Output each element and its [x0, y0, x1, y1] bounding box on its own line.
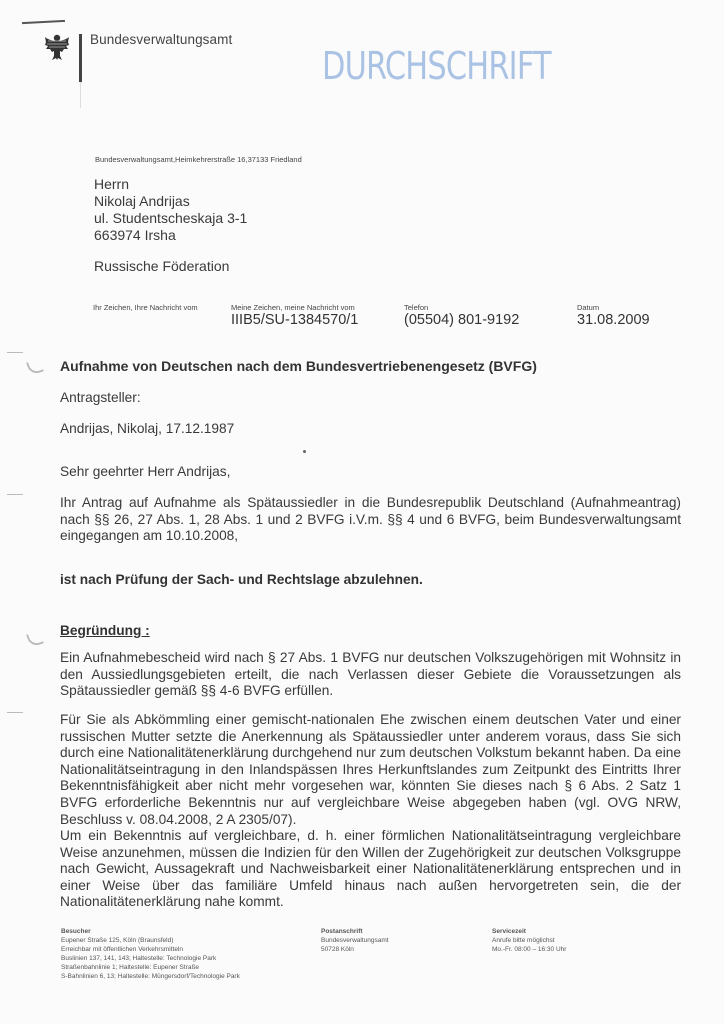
punch-mark [26, 358, 44, 376]
footer-line: Buslinien 137, 141, 143; Haltestelle: Te… [61, 954, 240, 963]
reasoning-paragraph: Um ein Bekenntnis auf vergleichbare, d. … [60, 828, 681, 911]
greeting: Sehr geehrter Herr Andrijas, [60, 464, 230, 479]
footer-visitors: Besucher Eupener Straße 125, Köln (Braun… [61, 927, 240, 981]
recipient-city: 663974 Irsha [94, 227, 247, 244]
reasoning-paragraph: Für Sie als Abkömmling einer gemischt-na… [60, 712, 681, 828]
sender-return-address: Bundesverwaltungsamt,Heimkehrerstraße 16… [95, 155, 302, 164]
date-value: 31.08.2009 [577, 312, 650, 328]
footer-line: Eupener Straße 125, Köln (Braunsfeld) [61, 936, 240, 945]
reasoning-heading: Begründung : [60, 623, 150, 638]
date-label: Datum [577, 303, 599, 312]
footer-postal: Postanschrift Bundesverwaltungsamt 50728… [321, 927, 389, 954]
phone-label: Telefon [404, 303, 428, 312]
phone-value: (05504) 801-9192 [404, 312, 519, 328]
footer-postal-heading: Postanschrift [321, 927, 389, 936]
decision-statement: ist nach Prüfung der Sach- und Rechtslag… [60, 572, 423, 587]
fold-mark [7, 712, 23, 713]
logo-divider [79, 34, 82, 82]
applicant-label: Antragsteller: [60, 390, 141, 405]
recipient-salutation: Herrn [94, 176, 247, 193]
letter-subject: Aufnahme von Deutschen nach dem Bundesve… [60, 358, 537, 374]
fold-mark [7, 494, 23, 495]
footer-line: Mo.-Fr. 08:00 – 16:30 Uhr [492, 945, 566, 954]
my-reference-value: IIIB5/SU-1384570/1 [231, 312, 358, 328]
fold-mark [7, 352, 23, 353]
scan-mark [22, 20, 65, 24]
logo-divider-faint [80, 82, 81, 108]
my-reference-label: Meine Zeichen, meine Nachricht vom [231, 303, 355, 312]
intro-paragraph: Ihr Antrag auf Aufnahme als Spätaussiedl… [60, 495, 681, 545]
footer-visitors-heading: Besucher [61, 927, 240, 936]
recipient-street: ul. Studentscheskaja 3-1 [94, 210, 247, 227]
footer-line: Straßenbahnlinie 1; Haltestelle: Eupener… [61, 963, 240, 972]
recipient-address: Herrn Nikolaj Andrijas ul. Studentschesk… [94, 176, 247, 275]
copy-stamp: DURCHSCHRIFT [322, 44, 551, 88]
federal-eagle-icon [44, 33, 70, 61]
footer-line: S-Bahnlinien 6, 13; Haltestelle: Müngers… [61, 972, 240, 981]
stray-dot [303, 450, 306, 453]
footer-service: Servicezeit Anrufe bitte möglichst Mo.-F… [492, 927, 566, 954]
your-reference-label: Ihr Zeichen, Ihre Nachricht vom [93, 303, 198, 312]
agency-name: Bundesverwaltungsamt [90, 32, 232, 47]
footer-service-heading: Servicezeit [492, 927, 566, 936]
recipient-name: Nikolaj Andrijas [94, 193, 247, 210]
reasoning-paragraph: Ein Aufnahmebescheid wird nach § 27 Abs.… [60, 650, 681, 700]
recipient-country: Russische Föderation [94, 258, 247, 275]
footer-line: Erreichbar mit öffentlichen Verkehrsmitt… [61, 945, 240, 954]
footer-line: Anrufe bitte möglichst [492, 936, 566, 945]
footer-line: Bundesverwaltungsamt [321, 936, 389, 945]
punch-mark [26, 630, 44, 648]
footer-line: 50728 Köln [321, 945, 389, 954]
applicant-value: Andrijas, Nikolaj, 17.12.1987 [60, 421, 234, 436]
